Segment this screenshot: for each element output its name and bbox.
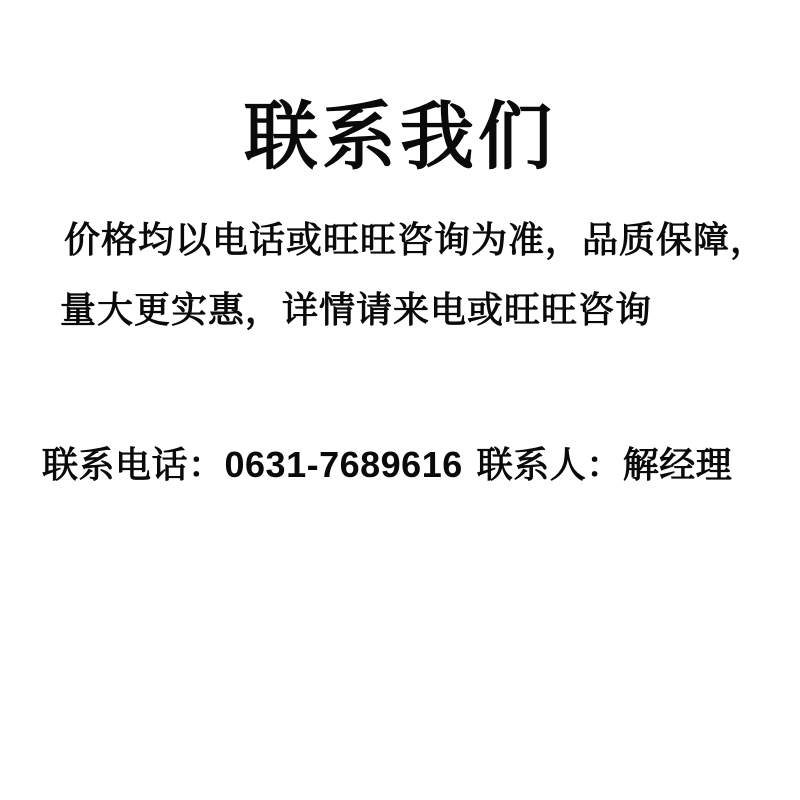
intro-line-2: 量大更实惠，详情请来电或旺旺咨询 [60, 275, 750, 345]
intro-paragraph: 价格均以电话或旺旺咨询为准，品质保障， 量大更实惠，详情请来电或旺旺咨询 [60, 205, 750, 345]
contact-person-label: 联系人： [477, 444, 623, 485]
phone-number: 0631-7689616 [225, 444, 463, 485]
phone-label: 联系电话： [42, 444, 225, 485]
intro-line-1: 价格均以电话或旺旺咨询为准，品质保障， [60, 205, 750, 275]
page-title: 联系我们 [0, 78, 800, 184]
contact-info-page: 联系我们 价格均以电话或旺旺咨询为准，品质保障， 量大更实惠，详情请来电或旺旺咨… [0, 0, 800, 800]
contact-person-name: 解经理 [623, 444, 733, 485]
contact-line: 联系电话：0631-7689616联系人：解经理 [42, 437, 782, 488]
